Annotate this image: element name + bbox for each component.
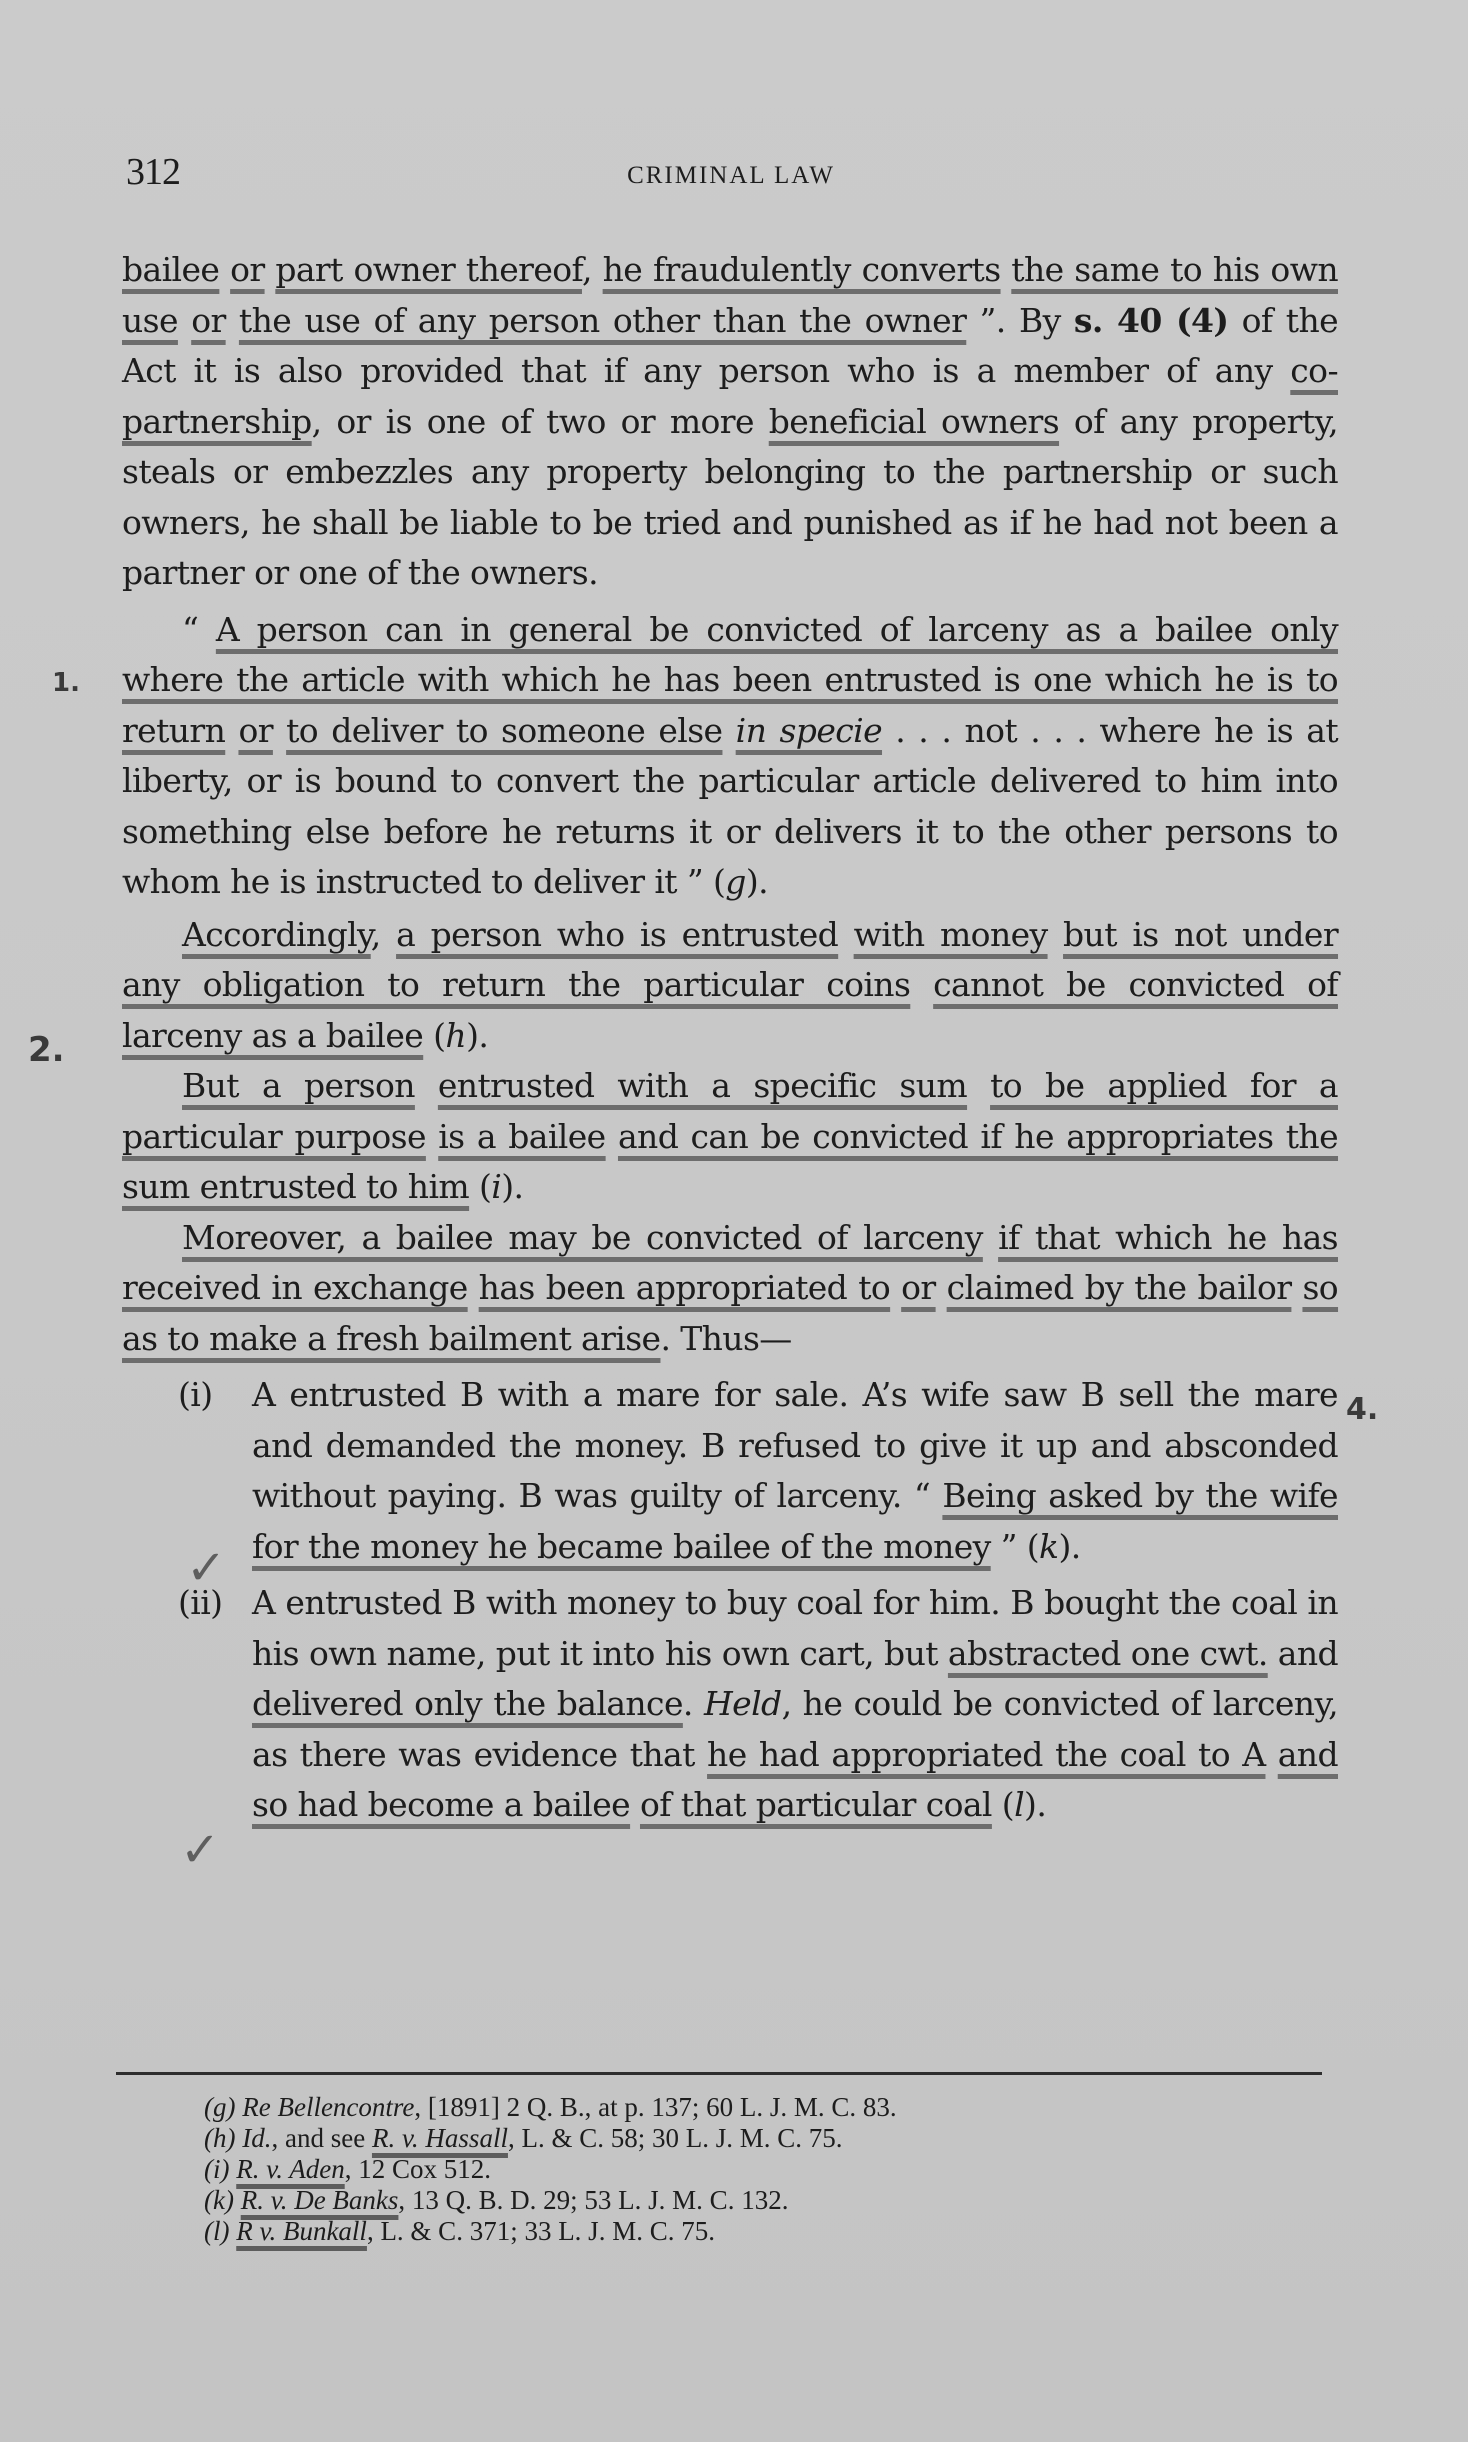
paragraph-accordingly: Accordingly, a person who is entrusted w… [122,910,1338,1062]
example-label: (ii) [178,1578,252,1629]
paragraph-moreover: Moreover, a bailee may be convicted of l… [122,1213,1338,1365]
example-item: (ii) A entrusted B with money to buy coa… [178,1578,1338,1831]
footnote-g: (g) Re Bellencontre, [1891] 2 Q. B., at … [204,2092,1304,2123]
examples-list: (i) A entrusted B with a mare for sale. … [178,1370,1338,1831]
footnote-divider [116,2072,1322,2075]
footnote-ref[interactable]: k [1039,1527,1058,1566]
example-label: (i) [178,1370,252,1421]
footnote-ref[interactable]: g [725,862,746,901]
example-text: A entrusted B with money to buy coal for… [252,1578,1338,1831]
margin-annotation-1: 1. [52,668,80,698]
footnote-ref[interactable]: i [491,1167,501,1206]
example-text: A entrusted B with a mare for sale. A’s … [252,1370,1338,1572]
paragraph-quotation: “ A person can in general be convicted o… [122,605,1338,908]
paragraph-statute: bailee or part owner thereof, he fraudul… [122,245,1338,599]
footnote-h: (h) Id., and see R. v. Hassall, L. & C. … [204,2123,1304,2154]
body-text: bailee or part owner thereof, he fraudul… [122,245,1338,1831]
footnote-ref[interactable]: l [1014,1785,1024,1824]
footnote-ref[interactable]: h [445,1016,466,1055]
footnotes: (g) Re Bellencontre, [1891] 2 Q. B., at … [204,2092,1304,2247]
running-head: CRIMINAL LAW [126,162,1336,190]
footnote-k: (k) R. v. De Banks, 13 Q. B. D. 29; 53 L… [204,2185,1304,2216]
case-name: R v. Bunkall [236,2216,367,2246]
case-name: R. v. Aden [236,2154,344,2184]
footnote-i: (i) R. v. Aden, 12 Cox 512. [204,2154,1304,2185]
case-name: Re Bellencontre [242,2092,414,2122]
paragraph-specific-sum: But a person entrusted with a specific s… [122,1061,1338,1213]
case-name: R. v. Hassall [372,2123,508,2153]
case-name: R. v. De Banks [241,2185,399,2215]
scanned-page: 312 CRIMINAL LAW 1. 2. 4. ✓ ✓ bailee or … [0,0,1468,2442]
section-reference: s. 40 (4) [1074,301,1228,340]
margin-annotation-2: 2. [28,1030,65,1070]
example-item: (i) A entrusted B with a mare for sale. … [178,1370,1338,1572]
page-header: 312 CRIMINAL LAW [126,150,1336,200]
footnote-l: (l) R v. Bunkall, L. & C. 371; 33 L. J. … [204,2216,1304,2247]
margin-annotation-4: 4. [1346,1392,1378,1427]
